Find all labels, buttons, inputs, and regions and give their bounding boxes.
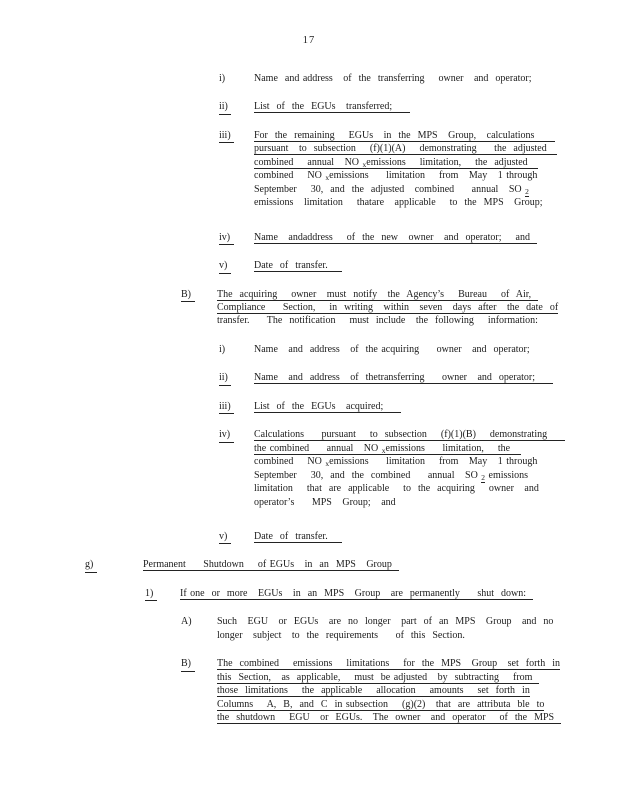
- line-text: Columns A, B, and C in subsection (g)(2)…: [217, 699, 544, 711]
- text-line: Name and address of the transferring own…: [254, 72, 618, 85]
- list2-item-iii: iii) List of the EGUs acquired;: [254, 400, 618, 413]
- line-text: Name and address of the transferring own…: [254, 73, 532, 84]
- item-marker: g): [85, 558, 97, 572]
- line-text: Name and address of thetransferring owne…: [254, 372, 553, 384]
- line-text: September 30, and the combined annual SO…: [254, 470, 528, 481]
- list2-item-i: i) Name and address of the acquiring own…: [254, 343, 618, 356]
- line-text: combined NO xemissions limitation from M…: [254, 170, 537, 181]
- list1-item-i: i) Name and address of the transferring …: [254, 72, 618, 85]
- item-marker: v): [219, 259, 231, 273]
- item-marker: B): [181, 288, 195, 302]
- item-marker: iv): [219, 428, 234, 442]
- text-line: the shutdown EGU or EGUs. The owner and …: [217, 711, 618, 724]
- line-text: this Section, as applicable, must be adj…: [217, 672, 539, 684]
- text-line: September 30, and the adjusted combined …: [254, 183, 618, 196]
- document-body: i) Name and address of the transferring …: [0, 72, 618, 725]
- text-line: For the remaining EGUs in the MPS Group,…: [254, 129, 618, 142]
- item-marker: i): [219, 72, 229, 85]
- text-line: Columns A, B, and C in subsection (g)(2)…: [217, 698, 618, 711]
- line-text: Compliance Section, in writing within se…: [217, 302, 558, 314]
- text-line: those limitations the applicable allocat…: [217, 684, 618, 697]
- line-text: List of the EGUs acquired;: [254, 401, 401, 413]
- line-text: Name andaddress of the new owner and ope…: [254, 232, 537, 244]
- item-marker: iii): [219, 400, 234, 414]
- line-text: emissions limitation thatare applicable …: [254, 197, 542, 208]
- text-line: Such EGU or EGUs are no longer part of a…: [217, 615, 618, 628]
- list1-item-ii: ii) List of the EGUs transferred;: [254, 100, 618, 113]
- text-line: Permanent Shutdown of EGUs in an MPS Gro…: [143, 558, 618, 571]
- line-text: pursuant to subsection (f)(1)(A) demonst…: [254, 143, 557, 155]
- text-line: Name and address of thetransferring owne…: [254, 371, 618, 384]
- line-text: those limitations the applicable allocat…: [217, 685, 530, 697]
- item-marker: i): [219, 343, 229, 356]
- text-line: combined NO xemissions limitation from M…: [254, 169, 618, 182]
- page-number: 17: [0, 0, 618, 48]
- text-line: longer subject to the requirements of th…: [217, 629, 618, 642]
- line-text: combined annual NO xemissions limitation…: [254, 157, 538, 169]
- item-marker: ii): [219, 100, 231, 114]
- text-line: September 30, and the combined annual SO…: [254, 469, 618, 482]
- line-text: transfer. The notification must include …: [217, 315, 538, 326]
- line-text: List of the EGUs transferred;: [254, 101, 410, 113]
- line-text: limitation that are applicable to the ac…: [254, 483, 539, 494]
- line-text: September 30, and the adjusted combined …: [254, 184, 529, 195]
- line-text: Such EGU or EGUs are no longer part of a…: [217, 616, 553, 627]
- line-text: operator’s MPS Group; and: [254, 497, 396, 508]
- line-text: Calculations pursuant to subsection (f)(…: [254, 429, 565, 441]
- list1-item-v: v) Date of transfer.: [254, 259, 618, 272]
- line-text: For the remaining EGUs in the MPS Group,…: [254, 130, 555, 142]
- text-line: Name and address of the acquiring owner …: [254, 343, 618, 356]
- item-marker: B): [181, 657, 195, 671]
- text-line: The acquiring owner must notify the Agen…: [217, 288, 618, 301]
- list2-item-ii: ii) Name and address of thetransferring …: [254, 371, 618, 384]
- text-line: List of the EGUs transferred;: [254, 100, 618, 113]
- list1-item-iv: iv) Name andaddress of the new owner and…: [254, 231, 618, 244]
- item-marker: 1): [145, 587, 157, 601]
- text-line: pursuant to subsection (f)(1)(A) demonst…: [254, 142, 618, 155]
- text-line: combined annual NO xemissions limitation…: [254, 156, 618, 169]
- line-text: combined NO xemissions limitation from M…: [254, 456, 537, 467]
- text-line: Name andaddress of the new owner and ope…: [254, 231, 618, 244]
- item-A-shutdown: A) Such EGU or EGUs are no longer part o…: [217, 615, 618, 642]
- line-text: The combined emissions limitations for t…: [217, 658, 560, 670]
- line-text: Name and address of the acquiring owner …: [254, 344, 530, 355]
- text-line: transfer. The notification must include …: [217, 314, 618, 327]
- text-line: List of the EGUs acquired;: [254, 400, 618, 413]
- text-line: this Section, as applicable, must be adj…: [217, 671, 618, 684]
- document-page: 17 i) Name and address of the transferri…: [0, 0, 618, 800]
- line-text: the shutdown EGU or EGUs. The owner and …: [217, 712, 561, 724]
- item-marker: iv): [219, 231, 234, 245]
- text-line: If one or more EGUs in an MPS Group are …: [180, 587, 618, 600]
- line-text: Permanent Shutdown of EGUs in an MPS Gro…: [143, 559, 399, 571]
- list1-item-iii: iii) For the remaining EGUs in the MPS G…: [254, 129, 618, 210]
- text-line: Compliance Section, in writing within se…: [217, 301, 618, 314]
- item-marker: iii): [219, 129, 234, 143]
- line-text: the combined annual NO xemissions limita…: [254, 443, 521, 455]
- para-B-acquiring-owner: B) The acquiring owner must notify the A…: [217, 288, 618, 328]
- text-line: combined NO xemissions limitation from M…: [254, 455, 618, 468]
- section-g-heading: g) Permanent Shutdown of EGUs in an MPS …: [143, 558, 618, 571]
- line-text: Date of transfer.: [254, 531, 342, 543]
- text-line: emissions limitation thatare applicable …: [254, 196, 618, 209]
- line-text: If one or more EGUs in an MPS Group are …: [180, 588, 533, 600]
- item-B-combined-limitations: B) The combined emissions limitations fo…: [217, 657, 618, 724]
- line-text: Date of transfer.: [254, 260, 342, 272]
- line-text: The acquiring owner must notify the Agen…: [217, 289, 538, 301]
- item-1-heading: 1) If one or more EGUs in an MPS Group a…: [180, 587, 618, 600]
- text-line: Date of transfer.: [254, 530, 618, 543]
- text-line: Calculations pursuant to subsection (f)(…: [254, 428, 618, 441]
- list2-item-iv: iv) Calculations pursuant to subsection …: [254, 428, 618, 509]
- text-line: limitation that are applicable to the ac…: [254, 482, 618, 495]
- text-line: operator’s MPS Group; and: [254, 496, 618, 509]
- text-line: the combined annual NO xemissions limita…: [254, 442, 618, 455]
- list2-item-v: v) Date of transfer.: [254, 530, 618, 543]
- item-marker: ii): [219, 371, 231, 385]
- item-marker: v): [219, 530, 231, 544]
- text-line: Date of transfer.: [254, 259, 618, 272]
- text-line: The combined emissions limitations for t…: [217, 657, 618, 670]
- item-marker: A): [181, 615, 195, 628]
- line-text: longer subject to the requirements of th…: [217, 630, 465, 641]
